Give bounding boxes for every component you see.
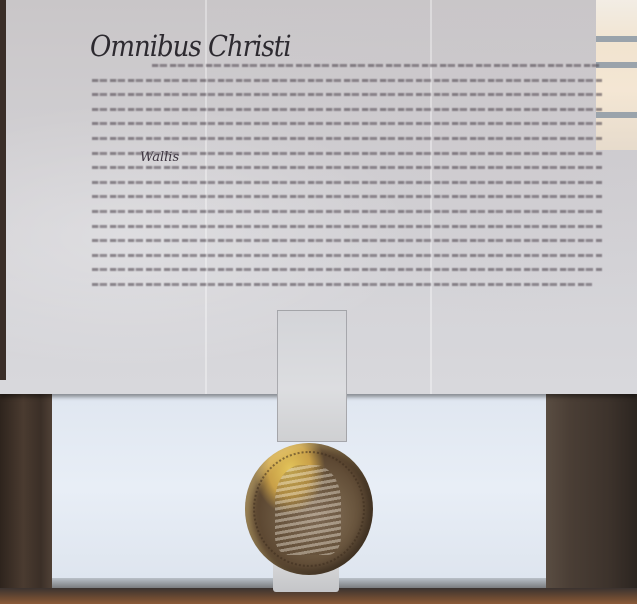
signature-mark: Wallis — [140, 150, 179, 165]
seal-figure-relief — [275, 465, 341, 555]
frame-left-side — [0, 380, 58, 604]
frame-right-side — [542, 380, 637, 604]
window-reflection — [596, 0, 637, 150]
script-line — [92, 58, 602, 73]
charter-body-text — [92, 58, 602, 292]
wax-seal — [245, 443, 373, 575]
window-reflection-bar — [596, 36, 637, 42]
script-line — [92, 189, 602, 204]
script-line — [92, 233, 602, 248]
script-line — [92, 102, 602, 117]
script-line — [92, 175, 602, 190]
script-line — [92, 116, 602, 131]
script-line — [92, 131, 602, 146]
script-line — [92, 204, 602, 219]
script-line — [92, 73, 602, 88]
script-line — [92, 219, 602, 234]
script-line — [92, 87, 602, 102]
script-line — [92, 262, 602, 277]
seal-tag-upper — [277, 310, 347, 442]
window-reflection-bar — [596, 62, 637, 68]
script-line — [92, 277, 602, 292]
framed-charter-photo: Omnibus Christi Wallis Medieval Latin ch… — [0, 0, 637, 604]
parchment-edge-shadow — [0, 0, 6, 380]
window-reflection-bar — [596, 112, 637, 118]
script-line — [92, 248, 602, 263]
